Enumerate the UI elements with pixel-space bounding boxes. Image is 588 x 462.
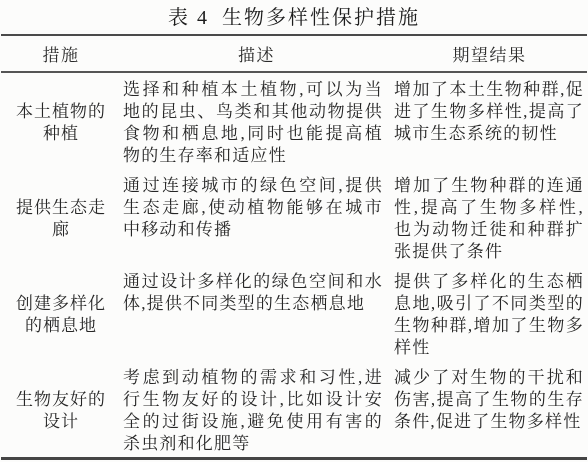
table-row: 创建多样化的栖息地 通过设计多样化的绿色空间和水体,提供不同类型的生态栖息地 提… [1,265,587,361]
table-row: 提供生态走廊 通过连接城市的绿色空间,提供生态走廊,使动植物能够在城市中移动和传… [1,169,587,265]
description-cell: 通过连接城市的绿色空间,提供生态走廊,使动植物能够在城市中移动和传播 [121,169,392,265]
expected-result-cell: 减少了对生物的干扰和伤害,提高了生物的生存条件,促进了生物多样性 [392,361,587,459]
table-row: 生物友好的设计 考虑到动植物的需求和习性,进行生物友好的设计,比如设计安全的过街… [1,361,587,459]
table-title: 表 4生物多样性保护措施 [0,3,588,33]
table-number: 表 4 [168,7,209,29]
biodiversity-measures-table: 措施 描述 期望结果 本土植物的种植 选择和种植本土植物,可以为当地的昆虫、鸟类… [1,34,587,460]
table-title-text: 生物多样性保护措施 [222,7,420,29]
table-row: 本土植物的种植 选择和种植本土植物,可以为当地的昆虫、鸟类和其他动物提供食物和栖… [1,72,587,169]
expected-result-cell: 提供了多样化的生态栖息地,吸引了不同类型的生物种群,增加了生物多样性 [392,265,587,361]
measure-cell: 提供生态走廊 [1,169,121,265]
measure-cell: 本土植物的种植 [1,72,121,169]
column-header-measure: 措施 [1,35,121,72]
header-row: 措施 描述 期望结果 [1,35,587,72]
description-cell: 选择和种植本土植物,可以为当地的昆虫、鸟类和其他动物提供食物和栖息地,同时也能提… [121,72,392,169]
expected-result-cell: 增加了本土生物种群,促进了生物多样性,提高了城市生态系统的韧性 [392,72,587,169]
paper-page: 表 4生物多样性保护措施 措施 描述 期望结果 本土植物的种植 选择和种植本土植… [0,0,588,462]
expected-result-cell: 增加了生物种群的连通性,提高了生物多样性,也为动物迁徙和种群扩张提供了条件 [392,169,587,265]
description-cell: 通过设计多样化的绿色空间和水体,提供不同类型的生态栖息地 [121,265,392,361]
column-header-expected-result: 期望结果 [392,35,587,72]
column-header-description: 描述 [121,35,392,72]
description-cell: 考虑到动植物的需求和习性,进行生物友好的设计,比如设计安全的过街设施,避免使用有… [121,361,392,459]
measure-cell: 创建多样化的栖息地 [1,265,121,361]
measure-cell: 生物友好的设计 [1,361,121,459]
